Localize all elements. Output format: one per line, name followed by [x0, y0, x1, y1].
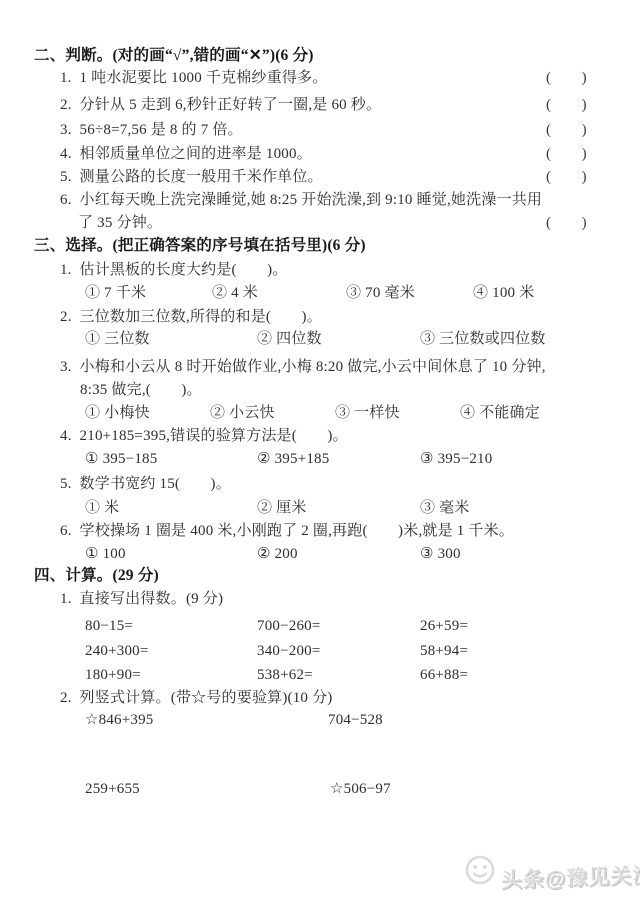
- choice-3-option-3: ③ 一样快: [335, 404, 400, 423]
- choice-5-option-2: ② 厘米: [257, 499, 307, 518]
- judge-answer-paren-1: ( ): [546, 69, 587, 88]
- choice-1-option-4: ④ 100 米: [473, 284, 534, 303]
- calc-vertical-expression: 259+655: [85, 780, 140, 799]
- choice-5-option-3: ③ 毫米: [420, 499, 470, 518]
- judge-item-3: 3. 56÷8=7,56 是 8 的 7 倍。: [60, 121, 243, 140]
- calc-expression: 538+62=: [257, 666, 313, 685]
- choice-item-6-options: ① 100 ② 200 ③ 300: [0, 545, 640, 565]
- choice-item-6-text: 6. 学校操场 1 圈是 400 米,小刚跑了 2 圈,再跑( )米,就是 1 …: [60, 522, 514, 541]
- judge-answer-paren-3: ( ): [546, 121, 587, 140]
- judge-answer-paren-6: ( ): [546, 214, 587, 233]
- calc-vertical-expression: ☆506−97: [330, 780, 391, 799]
- choice-4-option-1: ① 395−185: [85, 450, 157, 469]
- calc-expression: 80−15=: [85, 617, 133, 636]
- calc-expression: 58+94=: [420, 642, 468, 661]
- choice-item-3-line1: 3. 小梅和小云从 8 时开始做作业,小梅 8:20 做完,小云中间休息了 10…: [60, 358, 546, 377]
- calc-expression: 26+59=: [420, 617, 468, 636]
- choice-3-option-4: ④ 不能确定: [460, 404, 540, 423]
- judge-answer-paren-4: ( ): [546, 145, 587, 164]
- judge-item-5: 5. 测量公路的长度一般用千米作单位。: [60, 168, 323, 187]
- choice-3-option-1: ① 小梅快: [85, 404, 150, 423]
- choice-item-1-options: ① 7 千米 ② 4 米 ③ 70 毫米 ④ 100 米: [0, 284, 640, 304]
- watermark-text: 头条@豫见关注: [501, 859, 640, 894]
- judge-item-1: 1. 1 吨水泥要比 1000 千克棉纱重得多。: [60, 69, 328, 88]
- calc-direct-row-2: 240+300= 340−200= 58+94=: [0, 642, 640, 662]
- judge-answer-paren-2: ( ): [546, 96, 587, 115]
- judge-item-6-line2: 了 35 分钟。: [78, 214, 162, 233]
- calc-direct-row-1: 80−15= 700−260= 26+59=: [0, 617, 640, 637]
- calc-vertical-row-1: ☆846+395 704−528: [0, 711, 640, 731]
- choice-4-option-3: ③ 395−210: [420, 450, 492, 469]
- calc-expression: 700−260=: [257, 617, 321, 636]
- choice-3-option-2: ② 小云快: [210, 404, 275, 423]
- exam-paper-page: 二、判断。(对的画“√”,错的画“✕”)(6 分) 1. 1 吨水泥要比 100…: [0, 0, 640, 905]
- choice-6-option-2: ② 200: [257, 545, 298, 564]
- calc-expression: 66+88=: [420, 666, 468, 685]
- calc-vertical-expression: ☆846+395: [85, 711, 154, 730]
- calc-direct-title: 1. 直接写出得数。(9 分): [60, 590, 223, 609]
- choice-5-option-1: ① 米: [85, 499, 119, 518]
- smiley-icon: [462, 852, 498, 888]
- calc-expression: 180+90=: [85, 666, 141, 685]
- choice-item-5-options: ① 米 ② 厘米 ③ 毫米: [0, 499, 640, 519]
- calc-vertical-row-2: 259+655 ☆506−97: [0, 780, 640, 800]
- choice-item-2-text: 2. 三位数加三位数,所得的和是( )。: [60, 308, 322, 327]
- section-choice-header: 三、选择。(把正确答案的序号填在括号里)(6 分): [34, 236, 366, 255]
- calc-direct-row-3: 180+90= 538+62= 66+88=: [0, 666, 640, 686]
- choice-6-option-1: ① 100: [85, 545, 126, 564]
- judge-item-2: 2. 分针从 5 走到 6,秒针正好转了一圈,是 60 秒。: [60, 96, 381, 115]
- calc-vertical-expression: 704−528: [328, 711, 383, 730]
- choice-item-4-options: ① 395−185 ② 395+185 ③ 395−210: [0, 450, 640, 470]
- choice-item-3-line2: 8:35 做完,( )。: [80, 381, 202, 400]
- section-calc-header: 四、计算。(29 分): [34, 566, 159, 585]
- judge-answer-paren-5: ( ): [546, 168, 587, 187]
- choice-2-option-3: ③ 三位数或四位数: [420, 330, 546, 349]
- choice-item-3-options: ① 小梅快 ② 小云快 ③ 一样快 ④ 不能确定: [0, 404, 640, 424]
- judge-item-4: 4. 相邻质量单位之间的进率是 1000。: [60, 145, 312, 164]
- choice-item-4-text: 4. 210+185=395,错误的验算方法是( )。: [60, 427, 348, 446]
- choice-4-option-2: ② 395+185: [257, 450, 329, 469]
- calc-expression: 340−200=: [257, 642, 321, 661]
- calc-vertical-title: 2. 列竖式计算。(带☆号的要验算)(10 分): [60, 689, 332, 708]
- choice-item-5-text: 5. 数学书宽约 15( )。: [60, 475, 231, 494]
- choice-item-1-text: 1. 估计黑板的长度大约是( )。: [60, 261, 288, 280]
- choice-6-option-3: ③ 300: [420, 545, 461, 564]
- choice-1-option-3: ③ 70 毫米: [346, 284, 415, 303]
- choice-2-option-1: ① 三位数: [85, 330, 150, 349]
- calc-expression: 240+300=: [85, 642, 149, 661]
- choice-item-2-options: ① 三位数 ② 四位数 ③ 三位数或四位数: [0, 330, 640, 350]
- choice-1-option-1: ① 7 千米: [85, 284, 146, 303]
- section-judge-header: 二、判断。(对的画“√”,错的画“✕”)(6 分): [34, 46, 314, 65]
- choice-2-option-2: ② 四位数: [257, 330, 322, 349]
- judge-item-6-line1: 6. 小红每天晚上洗完澡睡觉,她 8:25 开始洗澡,到 9:10 睡觉,她洗澡…: [60, 191, 542, 210]
- choice-1-option-2: ② 4 米: [212, 284, 258, 303]
